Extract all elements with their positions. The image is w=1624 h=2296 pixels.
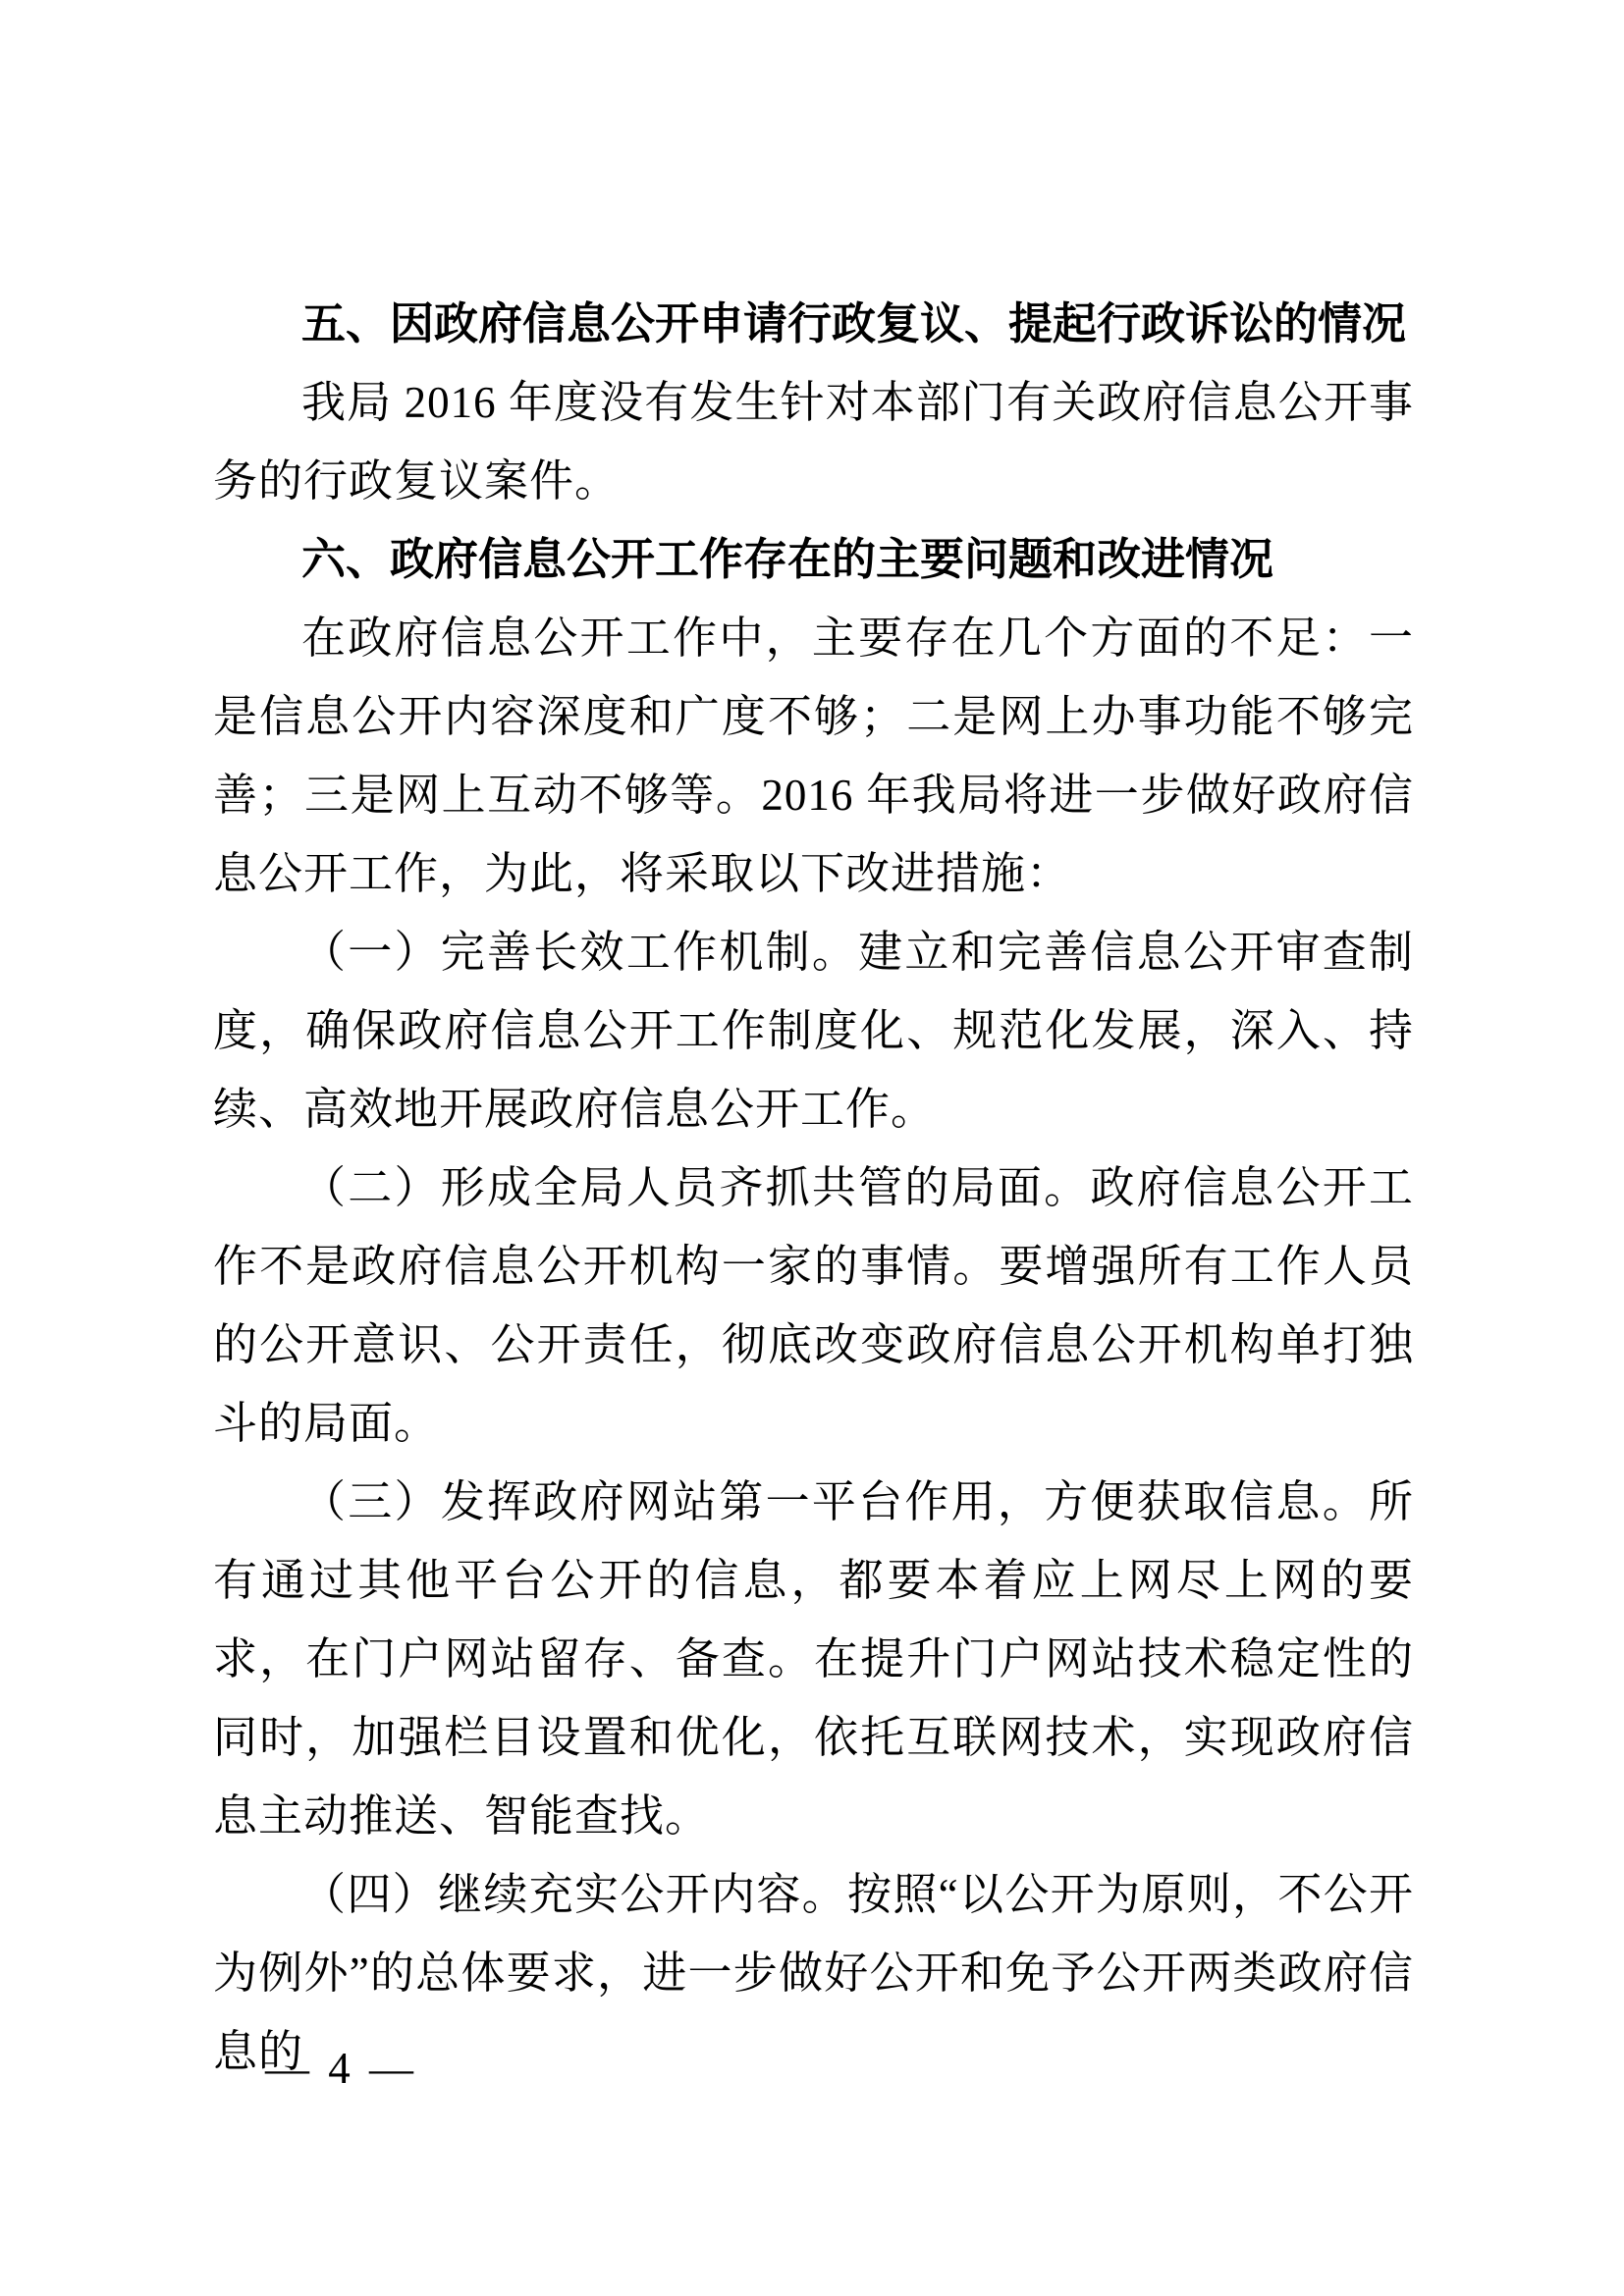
section-heading-administrative-review: 五、因政府信息公开申请行政复议、提起行政诉讼的情况 — [213, 285, 1414, 363]
paragraph-measure-2-joint-management: （二）形成全局人员齐抓共管的局面。政府信息公开工作不是政府信息公开机构一家的事情… — [213, 1148, 1414, 1463]
section-heading-problems-improvements: 六、政府信息公开工作存在的主要问题和改进情况 — [213, 520, 1414, 599]
document-page: 五、因政府信息公开申请行政复议、提起行政诉讼的情况 我局 2016 年度没有发生… — [0, 0, 1624, 2296]
page-number: — 4 — — [265, 2044, 417, 2093]
paragraph-measure-1-long-term-mechanism: （一）完善长效工作机制。建立和完善信息公开审查制度，确保政府信息公开工作制度化、… — [213, 913, 1414, 1148]
paragraph-problems-overview: 在政府信息公开工作中，主要存在几个方面的不足：一是信息公开内容深度和广度不够；二… — [213, 599, 1414, 913]
paragraph-administrative-review: 我局 2016 年度没有发生针对本部门有关政府信息公开事务的行政复议案件。 — [213, 363, 1414, 520]
document-body: 五、因政府信息公开申请行政复议、提起行政诉讼的情况 我局 2016 年度没有发生… — [213, 285, 1414, 2091]
paragraph-measure-3-website-platform: （三）发挥政府网站第一平台作用，方便获取信息。所有通过其他平台公开的信息，都要本… — [213, 1463, 1414, 1855]
